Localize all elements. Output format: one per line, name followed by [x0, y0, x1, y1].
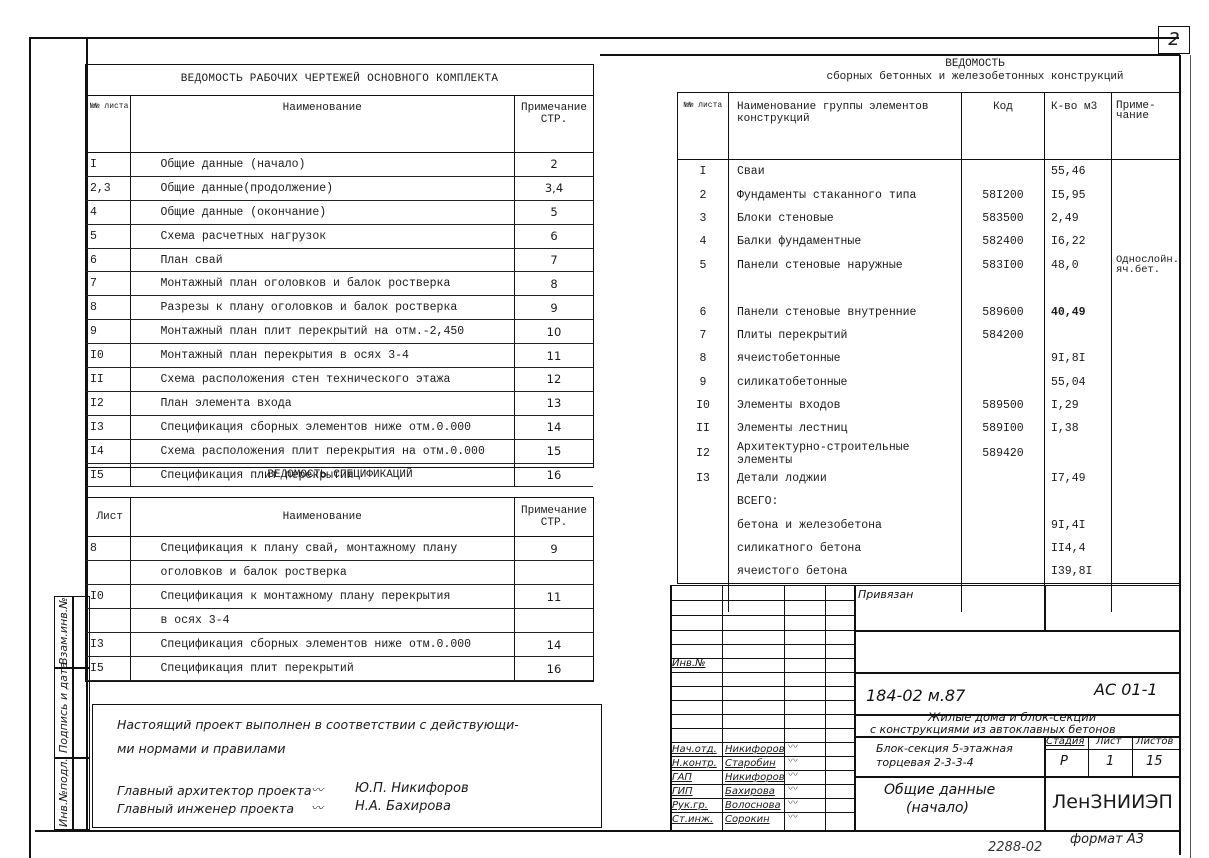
row-num: I [86, 153, 130, 177]
table-row: 2Фундаменты стаканного типа58I200I5,95 [678, 183, 1179, 206]
table-row: 7Плиты перекрытий584200 [678, 324, 1179, 347]
row-name: ячеистобетонные [729, 347, 962, 370]
document-code: АС 01-1 [1094, 680, 1158, 699]
row-page: 10 [515, 320, 594, 344]
sheet-value: 1 [1106, 754, 1114, 769]
row-num [86, 561, 130, 585]
row-num: II [86, 368, 130, 392]
row-name: Монтажный план перекрытия в осях 3-4 [130, 344, 515, 368]
row-qty: 40,49 [1044, 300, 1111, 323]
row-name: оголовков и балок ростверка [130, 561, 515, 585]
inventory-number-label: Инв.№ [672, 658, 706, 669]
row-qty: 2,49 [1044, 207, 1111, 230]
table-row-spacer [678, 277, 1179, 300]
table-row: IОбщие данные (начало)2 [86, 153, 593, 177]
row-name: Монтажный план оголовков и балок роствер… [130, 272, 515, 296]
table-row: 5Панели стеновые наружные583I0048,0Однос… [678, 254, 1179, 277]
col-header-sheet-num: №№ листа [678, 93, 729, 160]
frame-top [29, 37, 1179, 39]
row-note [1111, 347, 1179, 370]
spec-list-table: Лист Наименование Примечание СТР. 8Специ… [85, 497, 594, 682]
row-code [961, 371, 1044, 394]
signatory-role: ГАП [672, 772, 692, 783]
row-page: 11 [515, 585, 594, 609]
row-code [961, 347, 1044, 370]
table-row: IIЭлементы лестниц589I00I,38 [678, 417, 1179, 440]
row-name: Спецификация плит перекрытий [130, 657, 515, 681]
structures-title-line1: ВЕДОМОСТЬ [770, 58, 1180, 71]
row-code: 589I00 [961, 417, 1044, 440]
signature-icon: 〰 [311, 781, 323, 798]
row-num: 7 [86, 272, 130, 296]
table-row: I0Элементы входов589500I,29 [678, 394, 1179, 417]
row-name: в осях 3-4 [130, 609, 515, 633]
row-num: I3 [86, 415, 130, 439]
row-name: Панели стеновые наружные [729, 254, 962, 277]
chief-architect-name: Ю.П. Никифоров [355, 781, 469, 796]
organization-name: ЛенЗНИИЭП [1052, 791, 1173, 813]
row-num: 4 [678, 230, 729, 253]
row-qty [1044, 441, 1111, 467]
col-header-sheet: Лист [86, 498, 130, 537]
row-num: I5 [86, 657, 130, 681]
row-num: 9 [678, 371, 729, 394]
sheet-label: Лист [1096, 736, 1121, 747]
table-row: I2Архитектурно-строительные элементы5894… [678, 441, 1179, 467]
row-num: 5 [86, 224, 130, 248]
table-row: 9силикатобетонные55,04 [678, 371, 1179, 394]
col-header-name: Наименование [130, 498, 515, 537]
sheets-count-label: Листов [1136, 736, 1173, 747]
row-num: 2 [678, 183, 729, 206]
row-qty: I5,95 [1044, 183, 1111, 206]
row-name: Элементы лестниц [729, 417, 962, 440]
row-page: 13 [515, 391, 594, 415]
table-row-total: ячеистого бетонаI39,8I [678, 560, 1179, 583]
table-row: I4Схема расположения плит перекрытия на … [86, 439, 593, 463]
spec-list-title: ВЕДОМОСТЬ СПЕЦИФИКАЦИЙ [85, 468, 594, 498]
row-code: 582400 [961, 230, 1044, 253]
table-row: 4Балки фундаментные582400I6,22 [678, 230, 1179, 253]
sheet-title-line1: Общие данные [884, 782, 995, 798]
row-qty: 9I,8I [1044, 347, 1111, 370]
row-num: 8 [678, 347, 729, 370]
row-name: Монтажный план плит перекрытий на отм.-2… [130, 320, 515, 344]
row-note [1111, 324, 1179, 347]
signature-icon: 〰〰〰〰〰〰 [788, 742, 798, 826]
project-title-line2: с конструкциями из автоклавных бетонов [870, 723, 1116, 736]
signatory-name: Волоснова [725, 800, 781, 811]
col-header-name: Наименование [130, 96, 515, 153]
row-num: 6 [86, 248, 130, 272]
row-note [1111, 160, 1179, 184]
row-page: 3,4 [515, 176, 594, 200]
row-name: Элементы входов [729, 394, 962, 417]
row-note [1111, 230, 1179, 253]
right-title-border [600, 54, 1180, 56]
notes-box: Настоящий проект выполнен в соответствии… [92, 704, 602, 828]
row-note [1111, 207, 1179, 230]
row-note [1111, 394, 1179, 417]
row-name: Плиты перекрытий [729, 324, 962, 347]
col-header-note: Примечание СТР. [515, 96, 594, 153]
row-page: 6 [515, 224, 594, 248]
col-header-note: Примечание СТР. [515, 498, 594, 537]
row-name: Схема расположения стен технического эта… [130, 368, 515, 392]
page-number-box: 2 [1158, 26, 1190, 54]
row-name: Архитектурно-строительные элементы [729, 441, 962, 467]
drawings-list-table: ВЕДОМОСТЬ РАБОЧИХ ЧЕРТЕЖЕЙ ОСНОВНОГО КОМ… [85, 64, 594, 468]
row-note: Однослойн. яч.бет. [1111, 254, 1179, 277]
row-code: 589600 [961, 300, 1044, 323]
row-num: 8 [86, 296, 130, 320]
table-row: IIСхема расположения стен технического э… [86, 368, 593, 392]
chief-engineer-name: Н.А. Бахирова [355, 799, 451, 814]
stage-value: Р [1060, 754, 1068, 769]
row-num: 9 [86, 320, 130, 344]
row-name: силикатного бетона [729, 537, 962, 560]
row-note [1111, 371, 1179, 394]
project-title-line1: Жилые дома и блок-секции [928, 710, 1096, 724]
row-note [1111, 183, 1179, 206]
row-name: Общие данные(продолжение) [130, 176, 515, 200]
row-page: 7 [515, 248, 594, 272]
row-name: Спецификация сборных элементов ниже отм.… [130, 415, 515, 439]
col-header-note: Приме- чание [1111, 93, 1179, 160]
col-header-sheet-num: №№ листа [86, 96, 130, 153]
archive-code: 2288-02 [988, 840, 1042, 855]
table-row: в осях 3-4 [86, 609, 593, 633]
table-row: I0Спецификация к монтажному плану перекр… [86, 585, 593, 609]
signatory-role: ГИП [672, 786, 693, 797]
table-row: I3Спецификация сборных элементов ниже от… [86, 633, 593, 657]
row-qty: I,38 [1044, 417, 1111, 440]
row-num: 5 [678, 254, 729, 277]
row-page [515, 561, 594, 585]
chief-engineer-label: Главный инженер проекта [117, 801, 294, 816]
row-name: Сваи [729, 160, 962, 184]
page-number: 2 [1168, 29, 1179, 50]
table-row: 4Общие данные (окончание)5 [86, 200, 593, 224]
signatory-name: Никифоров [725, 772, 785, 783]
table-row: I0Монтажный план перекрытия в осях 3-411 [86, 344, 593, 368]
row-num: I4 [86, 439, 130, 463]
row-num: I2 [86, 391, 130, 415]
signatory-name: Никифоров [725, 744, 785, 755]
row-name: Балки фундаментные [729, 230, 962, 253]
row-page: 5 [515, 200, 594, 224]
row-name: Спецификация к монтажному плану перекрыт… [130, 585, 515, 609]
row-qty: 9I,4I [1044, 513, 1111, 536]
row-name: Детали лоджии [729, 467, 962, 490]
structures-list-title: ВЕДОМОСТЬ сборных бетонных и железобетон… [770, 58, 1180, 84]
row-qty: II4,4 [1044, 537, 1111, 560]
row-num: 8 [86, 537, 130, 561]
row-name: Схема расчетных нагрузок [130, 224, 515, 248]
row-name: ячеистого бетона [729, 560, 962, 583]
row-page: 14 [515, 415, 594, 439]
row-qty: I7,49 [1044, 467, 1111, 490]
row-name: План свай [130, 248, 515, 272]
structures-title-line2: сборных бетонных и железобетонных констр… [770, 71, 1180, 84]
row-page: 2 [515, 153, 594, 177]
title-block: Инв.№ Нач.отд. Никифоров Н.контр. Староб… [670, 585, 1180, 831]
row-name: Спецификация к плану свай, монтажному пл… [130, 537, 515, 561]
row-num: I3 [86, 633, 130, 657]
row-code: 583I00 [961, 254, 1044, 277]
row-page: 9 [515, 537, 594, 561]
row-page: 11 [515, 344, 594, 368]
row-name: План элемента входа [130, 391, 515, 415]
row-page: 9 [515, 296, 594, 320]
attached-label: Привязан [858, 588, 913, 601]
row-name: Разрезы к плану оголовков и балок ростве… [130, 296, 515, 320]
table-row: 7Монтажный план оголовков и балок ростве… [86, 272, 593, 296]
format-label: формат А3 [1070, 832, 1144, 847]
row-code [961, 160, 1044, 184]
row-num [86, 609, 130, 633]
frame-right-outer [1190, 55, 1191, 858]
row-page [515, 609, 594, 633]
row-page: 15 [515, 439, 594, 463]
table-row: I3Спецификация сборных элементов ниже от… [86, 415, 593, 439]
row-name: бетона и железобетона [729, 513, 962, 536]
signatory-role: Нач.отд. [672, 744, 717, 755]
total-label: ВСЕГО: [729, 490, 962, 513]
table-row: I5Спецификация плит перекрытий16 [86, 657, 593, 681]
col-header-quantity: К-во м3 [1044, 93, 1111, 160]
row-code [961, 467, 1044, 490]
row-qty: 48,0 [1044, 254, 1111, 277]
row-note [1111, 467, 1179, 490]
frame-left [29, 37, 31, 858]
row-code: 589420 [961, 441, 1044, 467]
row-name: Блоки стеновые [729, 207, 962, 230]
row-page: 16 [515, 657, 594, 681]
row-note [1111, 417, 1179, 440]
signatory-name: Бахирова [725, 786, 775, 797]
row-name: Общие данные (окончание) [130, 200, 515, 224]
row-num: 4 [86, 200, 130, 224]
sheets-count-value: 15 [1146, 754, 1163, 769]
row-page: 14 [515, 633, 594, 657]
table-row: оголовков и балок ростверка [86, 561, 593, 585]
note-compliance-line2: ми нормами и правилами [117, 741, 285, 756]
row-page: 12 [515, 368, 594, 392]
row-num: 6 [678, 300, 729, 323]
row-num: I0 [86, 344, 130, 368]
drawings-list-title: ВЕДОМОСТЬ РАБОЧИХ ЧЕРТЕЖЕЙ ОСНОВНОГО КОМ… [86, 65, 593, 96]
chief-architect-label: Главный архитектор проекта [117, 783, 312, 798]
row-num: I0 [86, 585, 130, 609]
table-row: 8Разрезы к плану оголовков и балок роств… [86, 296, 593, 320]
note-compliance-line1: Настоящий проект выполнен в соответствии… [117, 717, 519, 732]
row-num: I [678, 160, 729, 184]
table-row: I3Детали лоджииI7,49 [678, 467, 1179, 490]
table-row: 9Монтажный план плит перекрытий на отм.-… [86, 320, 593, 344]
table-row: IСваи55,46 [678, 160, 1179, 184]
row-name: Панели стеновые внутренние [729, 300, 962, 323]
col-header-group-name: Наименование группы элементов конструкци… [729, 93, 962, 160]
row-code: 589500 [961, 394, 1044, 417]
row-note [1111, 441, 1179, 467]
signatory-name: Сорокин [725, 814, 770, 825]
section-line1: Блок-секция 5-этажная [876, 742, 1013, 755]
row-code: 58I200 [961, 183, 1044, 206]
row-num: II [678, 417, 729, 440]
row-qty: 55,46 [1044, 160, 1111, 184]
table-row: 8Спецификация к плану свай, монтажному п… [86, 537, 593, 561]
row-num: I0 [678, 394, 729, 417]
table-row: I2План элемента входа13 [86, 391, 593, 415]
row-name: Общие данные (начало) [130, 153, 515, 177]
side-stamp-field-replace-inv: Взам.инв.№ [57, 597, 70, 665]
row-code: 584200 [961, 324, 1044, 347]
row-qty [1044, 324, 1111, 347]
row-name: силикатобетонные [729, 371, 962, 394]
signatory-name: Старобин [725, 758, 776, 769]
side-stamp-field-inv-original: Инв.№подл. [57, 758, 70, 827]
row-num: I2 [678, 441, 729, 467]
section-line2: торцевая 2-3-3-4 [876, 756, 974, 769]
project-code: 184-02 м.87 [866, 686, 965, 705]
table-row: 5Схема расчетных нагрузок6 [86, 224, 593, 248]
col-header-code: Код [961, 93, 1044, 160]
signature-icon: 〰 [311, 799, 323, 816]
row-qty: I,29 [1044, 394, 1111, 417]
row-note [1111, 300, 1179, 323]
table-row: 6План свай7 [86, 248, 593, 272]
row-num: 7 [678, 324, 729, 347]
row-num: I3 [678, 467, 729, 490]
row-qty: I6,22 [1044, 230, 1111, 253]
signatory-role: Рук.гр. [672, 800, 708, 811]
structures-table: №№ листа Наименование группы элементов к… [677, 92, 1179, 584]
signatory-role: Ст.инж. [672, 814, 713, 825]
row-num: 3 [678, 207, 729, 230]
row-qty: I39,8I [1044, 560, 1111, 583]
side-stamp-field-signature-date: Подпись и дата [57, 662, 70, 753]
table-row: 6Панели стеновые внутренние58960040,49 [678, 300, 1179, 323]
table-row: 2,3Общие данные(продолжение)3,4 [86, 176, 593, 200]
table-row-total-header: ВСЕГО: [678, 490, 1179, 513]
row-name: Схема расположения плит перекрытия на от… [130, 439, 515, 463]
table-row: 8ячеистобетонные9I,8I [678, 347, 1179, 370]
signatory-role: Н.контр. [672, 758, 717, 769]
table-row: 3Блоки стеновые5835002,49 [678, 207, 1179, 230]
table-row-total: бетона и железобетона9I,4I [678, 513, 1179, 536]
row-name: Спецификация сборных элементов ниже отм.… [130, 633, 515, 657]
row-num: 2,3 [86, 176, 130, 200]
row-page: 8 [515, 272, 594, 296]
stage-label: Стадия [1046, 736, 1084, 747]
table-row-total: силикатного бетонаII4,4 [678, 537, 1179, 560]
row-name: Фундаменты стаканного типа [729, 183, 962, 206]
row-qty: 55,04 [1044, 371, 1111, 394]
sheet-title-line2: (начало) [906, 800, 969, 816]
row-code: 583500 [961, 207, 1044, 230]
